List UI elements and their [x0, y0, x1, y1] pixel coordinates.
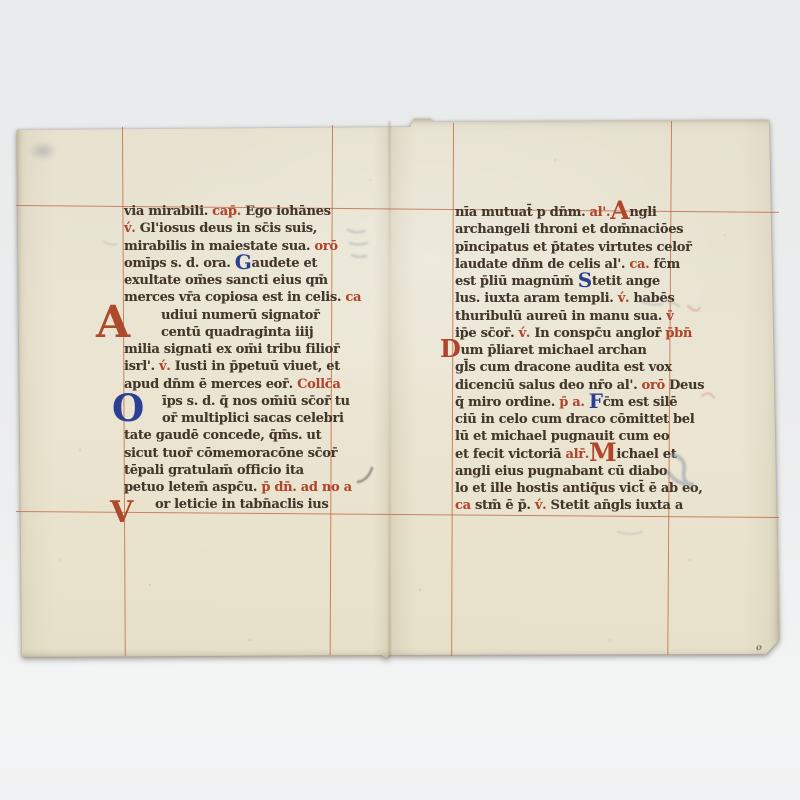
manuscript-line: thuribulū aureū in manu sua. v̄	[455, 308, 697, 325]
page-1: via mirabili. cap̄. Ego iohānesv́. Gl'io…	[124, 203, 366, 514]
text-run: q̄ miro ordine.	[455, 395, 559, 410]
text-run: mirabilis in maiestate sua.	[124, 239, 314, 254]
text-run: Ego iohānes	[241, 204, 331, 219]
manuscript-line: lū et michael pugnauit cum eo	[455, 428, 697, 445]
text-run: sicut tuor̄ cōmemoracōne sc̄or̄	[124, 446, 337, 461]
illuminated-initial: F	[589, 389, 603, 413]
text-run: lū et michael pugnauit cum eo	[455, 429, 669, 444]
text-run: omīps s. d. ora.	[124, 256, 235, 271]
text-run: ichael et	[616, 447, 676, 462]
manuscript-line: sicut tuor̄ cōmemoracōne sc̄or̄	[124, 445, 366, 462]
manuscript-line: merces vr̄a copiosa est in celis. ca	[124, 289, 366, 306]
manuscript-line: lo et ille hostis antiq̄us vict̄ ē ab eo…	[455, 480, 697, 497]
manuscript-line: or̄ multiplici sacas celebri	[124, 410, 366, 427]
manuscript-line: nīa mutuat̄ p dn̄m. al'.Angli	[455, 204, 697, 221]
text-run: orō	[642, 378, 665, 393]
text-run: udiui numerū signator̄	[161, 308, 320, 323]
corner-inscription: o	[755, 643, 762, 654]
manuscript-line: archangeli throni et dom̄naciōes	[455, 221, 697, 238]
manuscript-line: or leticie in tabn̄aclis ius	[124, 496, 366, 513]
manuscript-line: milia signati ex om̄i tribu filior̄	[124, 341, 366, 358]
text-run: dicenciū salus deo nr̄o al'.	[455, 378, 642, 393]
text-run: apud dn̄m ē merces eor̄.	[124, 377, 297, 392]
text-run: c̄m est silē	[603, 395, 677, 410]
manuscript-line: v́. Gl'iosus deus in sc̄is suis,	[124, 220, 366, 237]
text-run: est p̄liū magnūm̄	[455, 274, 578, 289]
manuscript-line: et fecit victoriā alr̄.Michael et	[455, 446, 697, 463]
text-run: habēs	[629, 291, 674, 306]
text-run: Collc̄a	[297, 377, 340, 392]
illuminated-initial-V: V	[110, 499, 133, 526]
manuscript-line: udiui numerū signator̄	[124, 307, 366, 324]
manuscript-line: via mirabili. cap̄. Ego iohānes	[124, 203, 366, 220]
manuscript-line: tēpali gratulam̄ officio ita	[124, 462, 366, 479]
text-run: laudate dn̄m de celis al'.	[455, 257, 629, 272]
text-run: p̄ dn̄. ad no a	[261, 480, 351, 495]
text-run: v́.	[618, 291, 629, 306]
manuscript-line: laudate dn̄m de celis al'. ca. fc̄m	[455, 256, 697, 273]
manuscript-line: omīps s. d. ora. Gaudete et	[124, 255, 366, 272]
text-run: v́.	[124, 221, 135, 236]
text-run: v́.	[535, 498, 546, 513]
manuscript-line: ca stm̄ ē p̄. v́. Stetit an̄gls iuxta a	[455, 497, 697, 514]
manuscript-line: exultate om̄es sancti eius qm̄	[124, 272, 366, 289]
text-run: al'.	[585, 205, 610, 220]
text-run: et fecit victoriā	[455, 447, 565, 462]
text-run: p̄bn̄	[665, 326, 692, 341]
text-run: cap̄.	[212, 204, 241, 219]
text-run: nīa mutuat̄ p dn̄m.	[455, 205, 585, 220]
manuscript-line: apud dn̄m ē merces eor̄. Collc̄a	[124, 376, 366, 393]
manuscript-line: isrl'. v́. Iusti in p̄petuū viuet, et	[124, 358, 366, 375]
text-run: tetit ange	[592, 274, 660, 289]
text-run: tate gaudē concede, q̄m̄s. ut	[124, 428, 321, 443]
manuscript-line: īps s. d. q̄ nos om̄iū sc̄or̄ tu	[124, 393, 366, 410]
text-run: angli eius pugnabant cū diabo	[455, 464, 667, 479]
text-run: ca	[345, 290, 361, 305]
text-run: ngli	[629, 205, 656, 220]
illuminated-initial: G	[235, 250, 252, 274]
manuscript-line: est p̄liū magnūm̄ Stetit ange	[455, 273, 697, 290]
text-run: exultate om̄es sancti eius qm̄	[124, 273, 328, 288]
text-run: or̄ multiplici sacas celebri	[162, 411, 344, 426]
manuscript-line: petuo letem̄ aspc̄u. p̄ dn̄. ad no a	[124, 479, 366, 496]
text-run: isrl'.	[124, 359, 159, 374]
illuminated-initial: S	[578, 268, 592, 292]
text-run: archangeli throni et dom̄naciōes	[455, 222, 683, 237]
text-run: centū quadraginta iiij	[161, 325, 313, 340]
text-run: In conspc̄u anglor̄	[530, 326, 665, 341]
illuminated-initial-O: O	[112, 392, 144, 425]
manuscript-line: angli eius pugnabant cū diabo	[455, 463, 697, 480]
manuscript-line: gl̄s cum dracone audita est vox	[455, 359, 697, 376]
illuminated-initial: A	[610, 196, 629, 225]
text-run: fc̄m	[649, 257, 680, 272]
text-run: thuribulū aureū in manu sua.	[455, 309, 666, 324]
text-run: ca	[455, 498, 471, 513]
manuscript-line: lus. iuxta aram templi. v́. habēs	[455, 290, 697, 307]
manuscript-line: tate gaudē concede, q̄m̄s. ut	[124, 427, 366, 444]
text-run: merces vr̄a copiosa est in celis.	[124, 290, 345, 305]
page-2: nīa mutuat̄ p dn̄m. al'.Angliarchangeli …	[455, 204, 697, 515]
text-run: Gl'iosus deus in sc̄is suis,	[135, 221, 317, 236]
text-run: via mirabili.	[124, 204, 212, 219]
text-run: lo et ille hostis antiq̄us vict̄ ē ab eo…	[455, 481, 703, 496]
text-run: p̄ a.	[559, 395, 589, 410]
text-run: stm̄ ē p̄.	[471, 498, 535, 513]
illuminated-initial-A: A	[96, 303, 130, 343]
text-run: orō	[314, 239, 337, 254]
text-run: pīncipatus et p̄tates virtutes celor̄	[455, 240, 692, 255]
text-run: ip̄e sc̄or̄.	[455, 326, 519, 341]
illuminated-initial: D	[440, 334, 461, 363]
manuscript-line: q̄ miro ordine. p̄ a. Fc̄m est silē	[455, 394, 697, 411]
text-run: or leticie in tabn̄aclis ius	[155, 497, 328, 512]
manuscript-line: ciū in celo cum draco cōmittet bel	[455, 411, 697, 428]
photo-of-manuscript-leaf: via mirabili. cap̄. Ego iohānesv́. Gl'io…	[0, 0, 800, 800]
manuscript-line: ip̄e sc̄or̄. v́. In conspc̄u anglor̄ p̄b…	[455, 325, 697, 342]
text-run: tēpali gratulam̄ officio ita	[124, 463, 304, 478]
manuscript-line: dicenciū salus deo nr̄o al'. orō Deus	[455, 377, 697, 394]
text-run: gl̄s cum dracone audita est vox	[455, 360, 672, 375]
manuscript-line: centū quadraginta iiij	[124, 324, 366, 341]
text-run: Deus	[665, 378, 704, 393]
text-run: audete et	[252, 256, 318, 271]
text-run: um p̄liaret michael archan	[461, 343, 647, 358]
text-run: milia signati ex om̄i tribu filior̄	[124, 342, 340, 357]
text-run: ca.	[629, 257, 649, 272]
manuscript-line: pīncipatus et p̄tates virtutes celor̄	[455, 239, 697, 256]
text-run: Iusti in p̄petuū viuet, et	[170, 359, 339, 374]
illuminated-initial: M	[589, 438, 616, 467]
text-run: ciū in celo cum draco cōmittet bel	[455, 412, 694, 427]
text-run: Stetit an̄gls iuxta a	[546, 498, 683, 513]
text-run: petuo letem̄ aspc̄u.	[124, 480, 261, 495]
text-run: v́.	[159, 359, 170, 374]
text-run: v̄	[666, 309, 673, 324]
text-run: lus. iuxta aram templi.	[455, 291, 618, 306]
text-run: v́.	[519, 326, 530, 341]
manuscript-line: Dum p̄liaret michael archan	[455, 342, 697, 359]
text-run: alr̄.	[565, 447, 589, 462]
text-run: īps s. d. q̄ nos om̄iū sc̄or̄ tu	[162, 394, 350, 409]
pencil-smudge	[28, 141, 58, 161]
